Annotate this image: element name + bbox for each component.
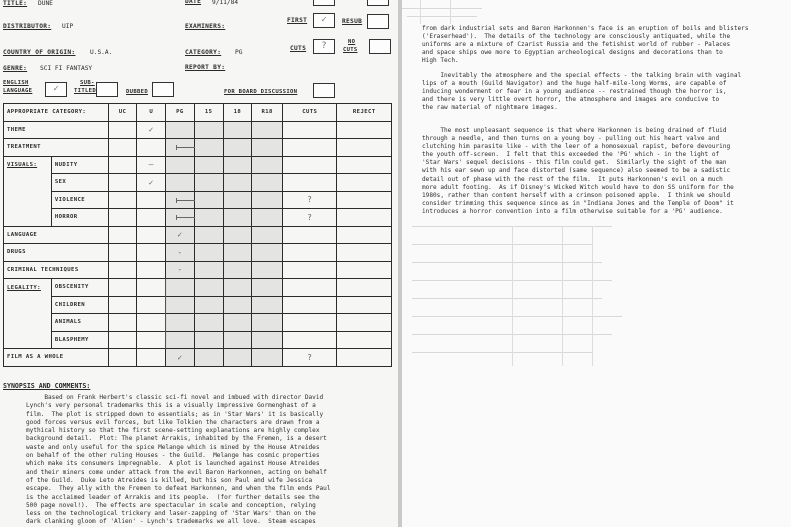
cell-pg[interactable] xyxy=(166,331,195,349)
cell-u[interactable] xyxy=(137,349,166,367)
examiners-label: EXAMINERS: xyxy=(185,23,225,30)
cell-15[interactable] xyxy=(194,174,223,192)
cell-uc[interactable] xyxy=(108,244,137,262)
cell-18[interactable] xyxy=(223,296,252,314)
cell-u[interactable] xyxy=(137,261,166,279)
cell-pg[interactable]: ✓ xyxy=(166,226,195,244)
genre-value: SCI FI FANTASY xyxy=(40,65,92,72)
cell-r18[interactable] xyxy=(252,226,283,244)
row-group-label xyxy=(4,209,52,227)
cell-18[interactable] xyxy=(223,244,252,262)
subtitled-label-1: SUB- xyxy=(80,80,95,86)
cell-15[interactable] xyxy=(194,121,223,139)
cell-pg[interactable] xyxy=(166,121,195,139)
header-r18: R18 xyxy=(252,104,283,122)
country-value: U.S.A. xyxy=(90,49,112,56)
cell-reject[interactable] xyxy=(337,174,392,192)
cell-15[interactable] xyxy=(194,209,223,227)
cell-15[interactable] xyxy=(194,349,223,367)
cell-r18[interactable] xyxy=(252,296,283,314)
cell-pg[interactable] xyxy=(166,296,195,314)
first-label: FIRST xyxy=(287,17,307,24)
cell-u[interactable] xyxy=(137,296,166,314)
cell-r18[interactable] xyxy=(252,331,283,349)
english-label-1: ENGLISH xyxy=(3,80,29,86)
header-appropriate-category: APPROPRIATE CATEGORY: xyxy=(4,104,109,122)
subtitled-checkbox[interactable] xyxy=(96,82,118,97)
cell-cuts[interactable] xyxy=(283,279,337,297)
cell-reject[interactable] xyxy=(337,191,392,209)
cell-cuts[interactable]: ? xyxy=(283,209,337,227)
board-discussion-checkbox[interactable] xyxy=(313,83,335,98)
cell-15[interactable] xyxy=(194,296,223,314)
report-by-label: REPORT BY: xyxy=(185,64,225,71)
english-label-2: LANGUAGE xyxy=(3,88,32,94)
row-label: FILM AS A WHOLE xyxy=(4,349,109,367)
cell-18[interactable] xyxy=(223,279,252,297)
row-label: TREATMENT xyxy=(4,139,109,157)
cell-cuts[interactable] xyxy=(283,174,337,192)
continuation-paragraph-2: Inevitably the atmosphere and the specia… xyxy=(422,72,741,112)
cell-uc[interactable] xyxy=(108,279,137,297)
header-uc: Uc xyxy=(108,104,137,122)
cell-18[interactable] xyxy=(223,174,252,192)
cell-r18[interactable] xyxy=(252,139,283,157)
cell-r18[interactable] xyxy=(252,314,283,332)
top-box-2[interactable] xyxy=(367,0,389,6)
cell-pg[interactable]: ✓ xyxy=(166,349,195,367)
row-item-label: CHILDREN xyxy=(51,296,108,314)
cell-uc[interactable] xyxy=(108,191,137,209)
cell-u[interactable] xyxy=(137,226,166,244)
table-header-row: APPROPRIATE CATEGORY:UcUPG1518R18CUTSREJ… xyxy=(4,104,392,122)
subtitled-label-2: TITLED xyxy=(74,88,96,94)
cell-15[interactable] xyxy=(194,279,223,297)
row-group-label xyxy=(4,191,52,209)
row-item-label: VIOLENCE xyxy=(51,191,108,209)
row-group-label: LEGALITY: xyxy=(4,279,52,297)
synopsis-heading: SYNOPSIS AND COMMENTS: xyxy=(3,382,90,390)
form-page-right: from dark industrial sets and Baron Hark… xyxy=(402,0,791,527)
cell-cuts[interactable] xyxy=(283,156,337,174)
no-cuts-label-1: NO xyxy=(348,39,355,45)
row-group-label xyxy=(4,174,52,192)
cell-cuts[interactable] xyxy=(283,296,337,314)
row-item-label: SEX xyxy=(51,174,108,192)
cell-18[interactable] xyxy=(223,209,252,227)
cell-r18[interactable] xyxy=(252,279,283,297)
cell-u[interactable] xyxy=(137,279,166,297)
cell-reject[interactable] xyxy=(337,209,392,227)
row-item-label: OBSCENITY xyxy=(51,279,108,297)
cell-cuts[interactable] xyxy=(283,314,337,332)
cell-cuts[interactable]: ? xyxy=(283,349,337,367)
cell-reject[interactable] xyxy=(337,121,392,139)
row-item-label: ANIMALS xyxy=(51,314,108,332)
cell-18[interactable] xyxy=(223,349,252,367)
cell-u[interactable]: – xyxy=(137,156,166,174)
category-value: PG xyxy=(235,49,242,56)
table-row: CRIMINAL TECHNIQUES- xyxy=(4,261,392,279)
cell-u[interactable] xyxy=(137,331,166,349)
table-row: CHILDREN xyxy=(4,296,392,314)
cell-uc[interactable] xyxy=(108,156,137,174)
cell-pg[interactable] xyxy=(166,191,195,209)
title-label: TITLE: xyxy=(3,0,27,7)
board-discussion-label: FOR BOARD DISCUSSION xyxy=(224,89,297,95)
form-page-left: TITLE: DUNE DATE 9/11/84 DISTRIBUTOR: UI… xyxy=(0,0,398,527)
cell-reject[interactable] xyxy=(337,349,392,367)
cell-18[interactable] xyxy=(223,331,252,349)
table-row: VISUALS:NUDITY– xyxy=(4,156,392,174)
row-item-label: NUDITY xyxy=(51,156,108,174)
cell-u[interactable] xyxy=(137,244,166,262)
table-row: LEGALITY:OBSCENITY xyxy=(4,279,392,297)
row-group-label xyxy=(4,331,52,349)
distributor-value: UIP xyxy=(62,23,73,30)
cell-uc[interactable] xyxy=(108,226,137,244)
cell-uc[interactable] xyxy=(108,209,137,227)
cuts-checkbox[interactable]: ? xyxy=(313,39,335,54)
cell-15[interactable] xyxy=(194,331,223,349)
row-label: LANGUAGE xyxy=(4,226,109,244)
cell-uc[interactable] xyxy=(108,331,137,349)
cell-r18[interactable] xyxy=(252,261,283,279)
table-row: FILM AS A WHOLE✓? xyxy=(4,349,392,367)
table-row: SEX✓ xyxy=(4,174,392,192)
cell-u[interactable] xyxy=(137,139,166,157)
cell-uc[interactable] xyxy=(108,139,137,157)
cell-15[interactable] xyxy=(194,226,223,244)
date-label: DATE xyxy=(185,0,201,5)
resub-label: RESUB xyxy=(342,18,362,25)
cell-18[interactable] xyxy=(223,139,252,157)
synopsis-text: Based on Frank Herbert's classic sci-fi … xyxy=(26,394,331,527)
cell-18[interactable] xyxy=(223,226,252,244)
cell-u[interactable] xyxy=(137,209,166,227)
cell-r18[interactable] xyxy=(252,174,283,192)
cell-u[interactable]: ✓ xyxy=(137,174,166,192)
cell-18[interactable] xyxy=(223,156,252,174)
cell-reject[interactable] xyxy=(337,296,392,314)
header-15: 15 xyxy=(194,104,223,122)
cell-15[interactable] xyxy=(194,139,223,157)
cell-uc[interactable] xyxy=(108,174,137,192)
cell-u[interactable] xyxy=(137,191,166,209)
row-item-label: HORROR xyxy=(51,209,108,227)
header-pg: PG xyxy=(166,104,195,122)
cell-r18[interactable] xyxy=(252,209,283,227)
cell-reject[interactable] xyxy=(337,279,392,297)
cell-reject[interactable] xyxy=(337,226,392,244)
cell-18[interactable] xyxy=(223,314,252,332)
cell-reject[interactable] xyxy=(337,331,392,349)
cell-uc[interactable] xyxy=(108,314,137,332)
no-cuts-checkbox[interactable] xyxy=(369,39,391,54)
cell-uc[interactable] xyxy=(108,296,137,314)
cell-cuts[interactable] xyxy=(283,244,337,262)
continuation-paragraph-3: The most unpleasant sequence is that whe… xyxy=(422,127,734,216)
table-row: BLASPHEMY xyxy=(4,331,392,349)
cell-15[interactable] xyxy=(194,244,223,262)
cell-pg[interactable] xyxy=(166,174,195,192)
cell-u[interactable] xyxy=(137,314,166,332)
table-row: ANIMALS xyxy=(4,314,392,332)
resub-checkbox[interactable] xyxy=(367,14,389,29)
dubbed-checkbox[interactable] xyxy=(152,82,174,97)
cell-r18[interactable] xyxy=(252,349,283,367)
cuts-label: CUTS xyxy=(290,45,306,52)
title-value: DUNE xyxy=(38,0,53,7)
cell-r18[interactable] xyxy=(252,121,283,139)
cell-r18[interactable] xyxy=(252,191,283,209)
cell-pg[interactable]: - xyxy=(166,261,195,279)
cell-pg[interactable] xyxy=(166,139,195,157)
category-label: CATEGORY: xyxy=(185,49,221,56)
cell-reject[interactable] xyxy=(337,244,392,262)
date-value: 9/11/84 xyxy=(212,0,238,6)
row-group-label xyxy=(4,314,52,332)
cell-15[interactable] xyxy=(194,261,223,279)
no-cuts-label-2: CUTS xyxy=(343,47,357,53)
cell-cuts[interactable] xyxy=(283,261,337,279)
cell-cuts[interactable] xyxy=(283,226,337,244)
dubbed-label: DUBBED xyxy=(126,89,148,95)
distributor-label: DISTRIBUTOR: xyxy=(3,23,51,30)
row-label: DRUGS xyxy=(4,244,109,262)
cell-18[interactable] xyxy=(223,261,252,279)
cell-pg[interactable] xyxy=(166,314,195,332)
cell-18[interactable] xyxy=(223,121,252,139)
classification-table: APPROPRIATE CATEGORY:UcUPG1518R18CUTSREJ… xyxy=(3,103,392,367)
header-18: 18 xyxy=(223,104,252,122)
row-label: THEME xyxy=(4,121,109,139)
cell-uc[interactable] xyxy=(108,121,137,139)
cell-pg[interactable] xyxy=(166,209,195,227)
cell-18[interactable] xyxy=(223,191,252,209)
table-row: VIOLENCE? xyxy=(4,191,392,209)
cell-cuts[interactable] xyxy=(283,121,337,139)
cell-pg[interactable] xyxy=(166,156,195,174)
continuation-paragraph-1: from dark industrial sets and Baron Hark… xyxy=(422,25,749,65)
header-reject: REJECT xyxy=(337,104,392,122)
cell-u[interactable]: ✓ xyxy=(137,121,166,139)
top-box-1[interactable] xyxy=(313,0,335,6)
first-checkbox[interactable]: ✓ xyxy=(313,13,335,28)
cell-r18[interactable] xyxy=(252,244,283,262)
cell-uc[interactable] xyxy=(108,261,137,279)
cell-uc[interactable] xyxy=(108,349,137,367)
table-row: LANGUAGE✓ xyxy=(4,226,392,244)
cell-cuts[interactable] xyxy=(283,331,337,349)
table-row: HORROR? xyxy=(4,209,392,227)
table-row: TREATMENT xyxy=(4,139,392,157)
header-cuts: CUTS xyxy=(283,104,337,122)
cell-15[interactable] xyxy=(194,314,223,332)
cell-15[interactable] xyxy=(194,191,223,209)
english-language-checkbox[interactable]: ✓ xyxy=(45,82,67,97)
cell-r18[interactable] xyxy=(252,156,283,174)
cell-reject[interactable] xyxy=(337,261,392,279)
row-group-label: VISUALS: xyxy=(4,156,52,174)
cell-cuts[interactable]: ? xyxy=(283,191,337,209)
row-item-label: BLASPHEMY xyxy=(51,331,108,349)
table-row: THEME✓ xyxy=(4,121,392,139)
cell-15[interactable] xyxy=(194,156,223,174)
cell-reject[interactable] xyxy=(337,139,392,157)
table-row: DRUGS- xyxy=(4,244,392,262)
header-u: U xyxy=(137,104,166,122)
row-label: CRIMINAL TECHNIQUES xyxy=(4,261,109,279)
cell-pg[interactable] xyxy=(166,279,195,297)
genre-label: GENRE: xyxy=(3,65,27,72)
cell-cuts[interactable] xyxy=(283,139,337,157)
row-group-label xyxy=(4,296,52,314)
cell-pg[interactable]: - xyxy=(166,244,195,262)
cell-reject[interactable] xyxy=(337,156,392,174)
country-label: COUNTRY OF ORIGIN: xyxy=(3,49,75,56)
cell-reject[interactable] xyxy=(337,314,392,332)
